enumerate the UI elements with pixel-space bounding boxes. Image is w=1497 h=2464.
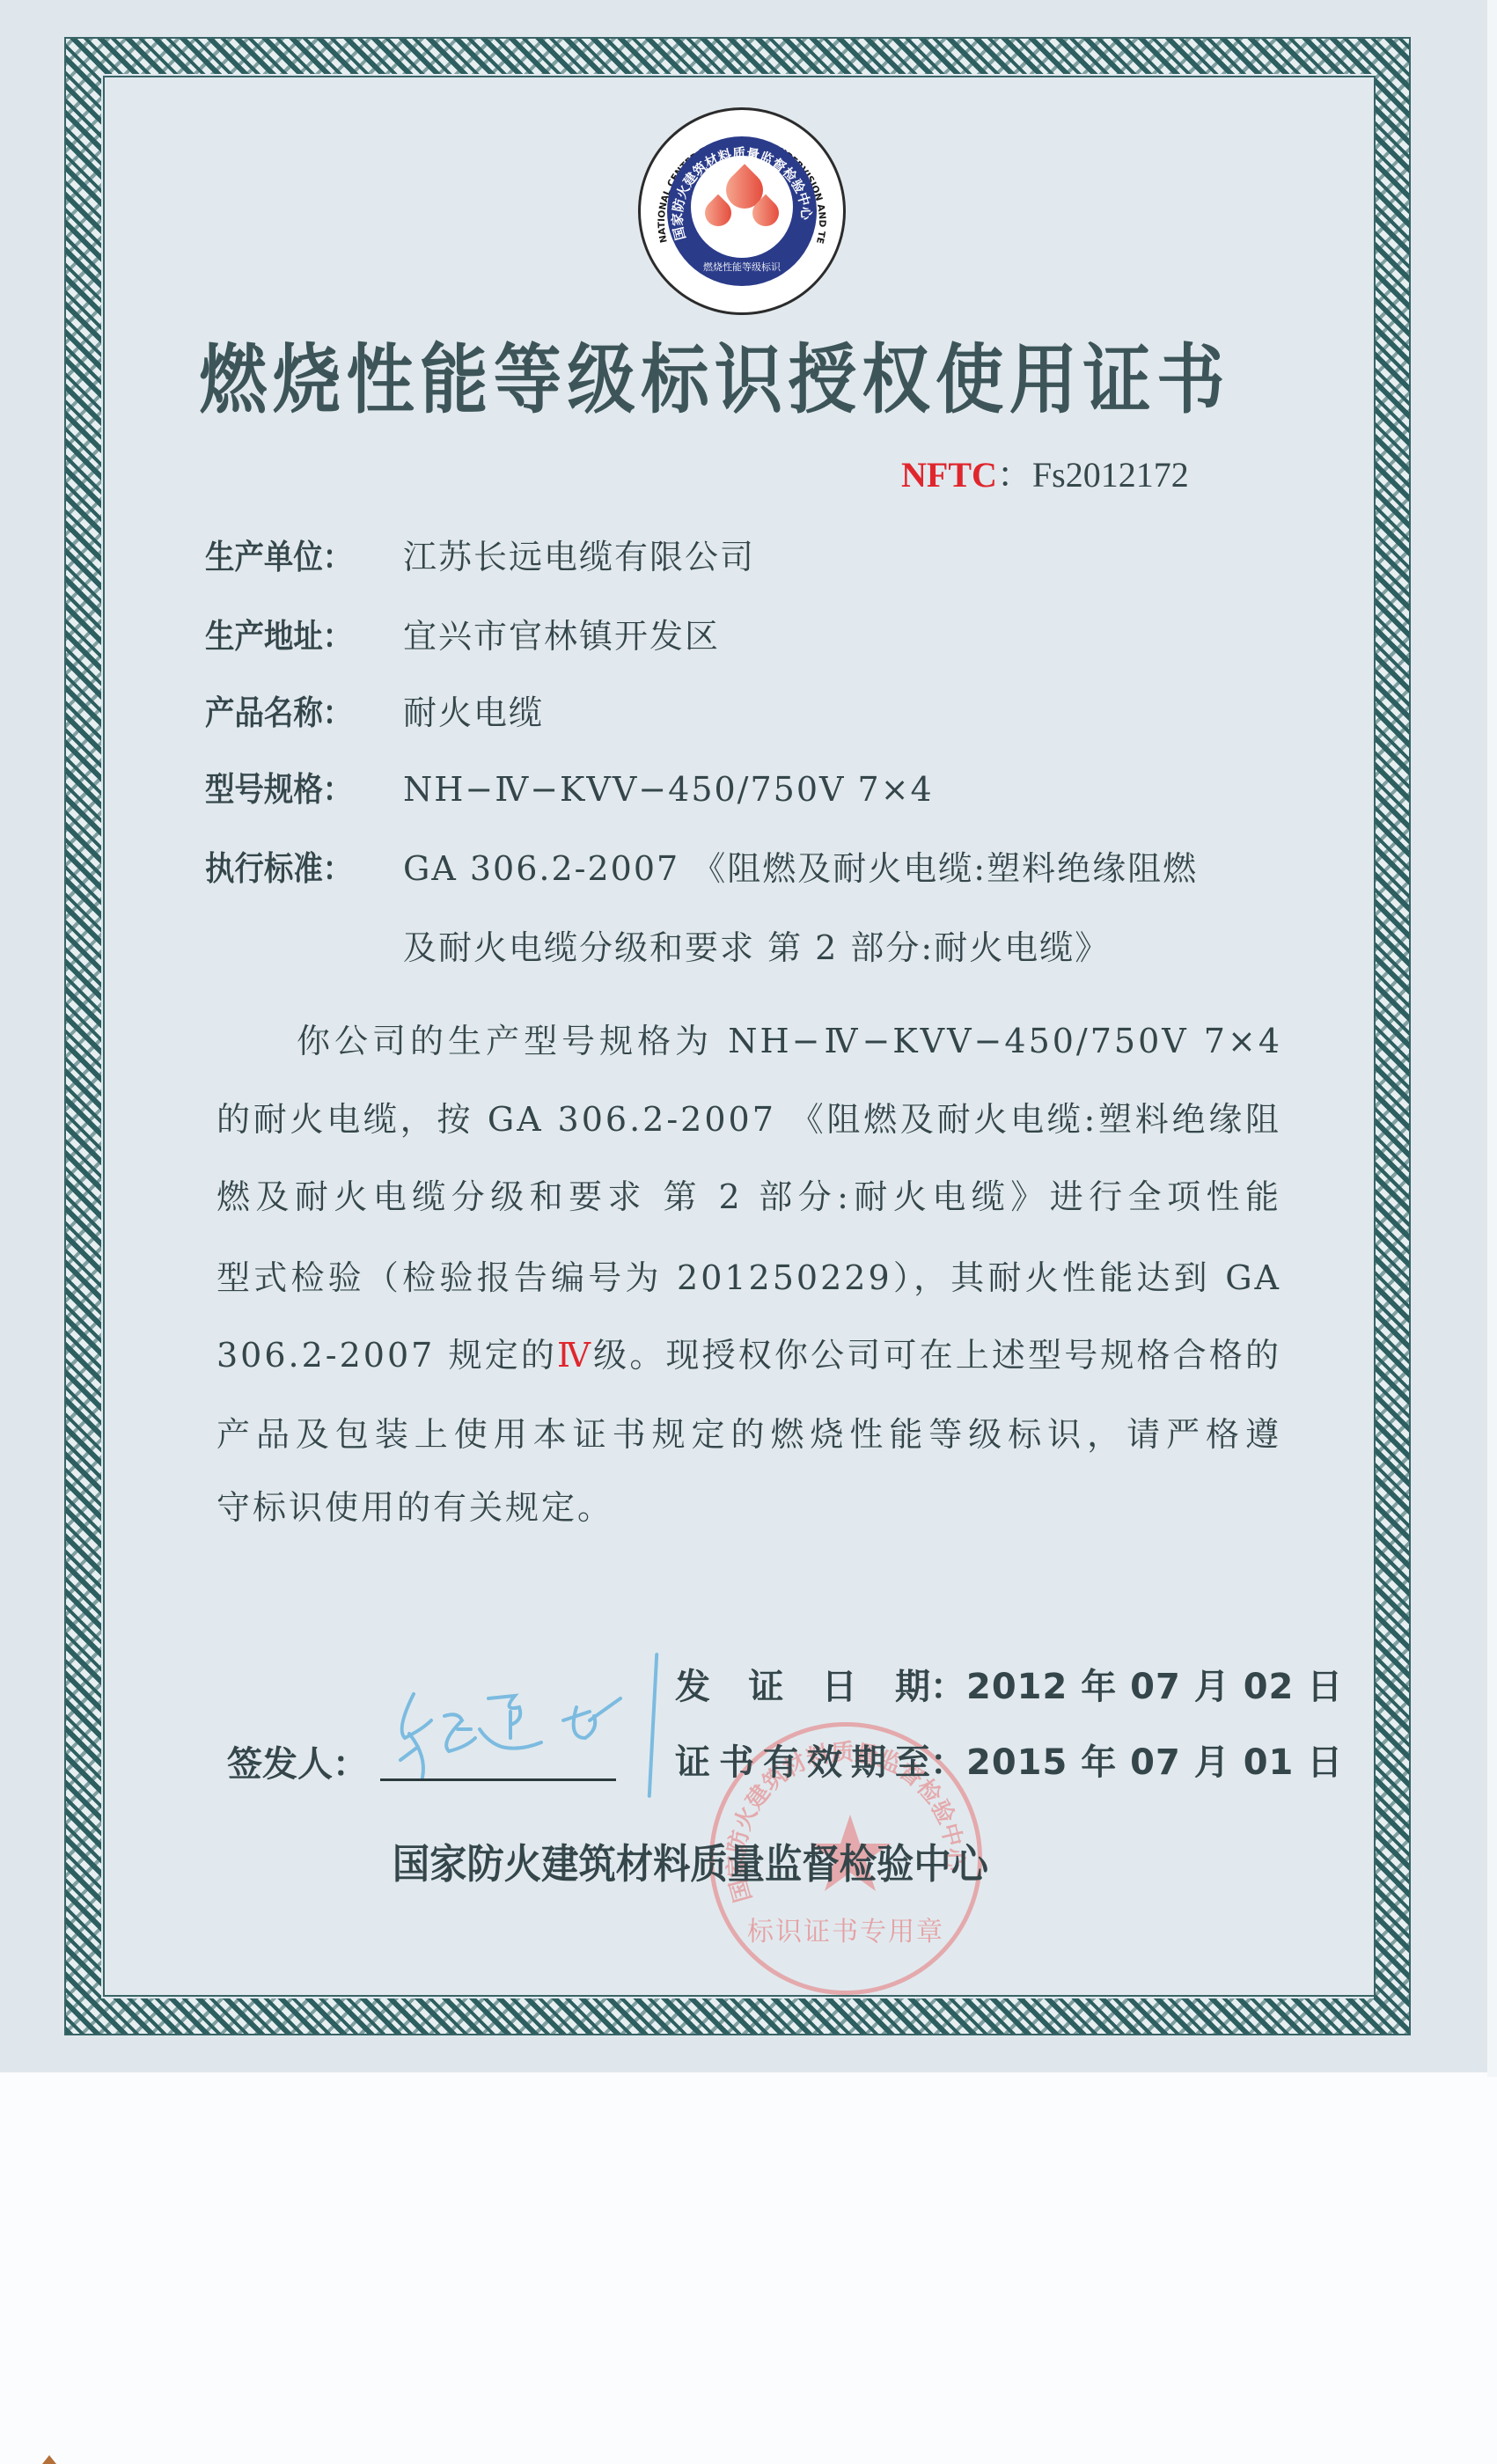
- body-line: 型式检验（检验报告编号为 201250229），其耐火性能达到 GA: [216, 1251, 1281, 1304]
- issue-date-value: ：2012 年 07 月 02 日: [930, 1667, 1343, 1707]
- issue-date-label: 发 证 日 期: [675, 1661, 930, 1713]
- logo-ring: 国家防火建筑材料质量监督检验中心 燃烧性能等级标识: [667, 136, 817, 286]
- valid-until-date: 证书有效期至：2015 年 07 月 01 日: [675, 1736, 1265, 1789]
- valid-until-value: ：2015 年 07 月 01 日: [930, 1742, 1343, 1783]
- grade-suffix: 级。现授权你公司可在上述型号规格合格的: [593, 1336, 1281, 1375]
- certification-logo: NATIONAL CENTER FOR QUALITY SUPERVISION …: [638, 107, 846, 315]
- field-address: 生产地址：宜兴市官林镇开发区: [205, 610, 720, 663]
- certificate-number: NFTC：Fs2012172: [901, 452, 1189, 498]
- field-value: GA 306.2-2007 《阻燃及耐火电缆:塑料绝缘阻燃: [403, 849, 1198, 888]
- valid-until-label: 证书有效期至: [675, 1736, 930, 1789]
- body-line: 的耐火电缆，按 GA 306.2-2007 《阻燃及耐火电缆:塑料绝缘阻: [216, 1093, 1281, 1146]
- certificate-number-prefix: NFTC: [901, 455, 997, 495]
- field-label: 产品名称：: [205, 686, 379, 739]
- body-line: 守标识使用的有关规定。: [216, 1481, 1281, 1534]
- field-standard: 执行标准：GA 306.2-2007 《阻燃及耐火电缆:塑料绝缘阻燃: [205, 842, 1198, 895]
- field-manufacturer: 生产单位：江苏长远电缆有限公司: [205, 531, 755, 583]
- logo-bottom-text: 燃烧性能等级标识: [667, 260, 817, 274]
- field-label: 生产地址：: [205, 610, 379, 663]
- field-product-name: 产品名称：耐火电缆: [205, 686, 544, 739]
- field-value: 江苏长远电缆有限公司: [403, 538, 755, 576]
- field-value: 宜兴市官林镇开发区: [403, 617, 720, 656]
- field-label: 型号规格：: [205, 763, 379, 816]
- body-line-grade: 306.2-2007 规定的Ⅳ级。现授权你公司可在上述型号规格合格的: [216, 1329, 1281, 1382]
- field-label: 执行标准：: [205, 842, 379, 895]
- certificate-title: 燃烧性能等级标识授权使用证书: [199, 336, 1181, 424]
- paper-edge: [1487, 0, 1497, 2077]
- field-value: 耐火电缆: [403, 693, 544, 732]
- field-value: NH−Ⅳ−KVV−450/750V 7×4: [403, 770, 934, 809]
- certificate-number-value: Fs2012172: [1032, 455, 1189, 495]
- handwritten-signature-icon: [387, 1676, 651, 1782]
- scan-mark: [42, 2455, 56, 2464]
- field-model-spec: 型号规格：NH−Ⅳ−KVV−450/750V 7×4: [205, 763, 934, 816]
- flame-icon: [691, 156, 793, 258]
- issue-date: 发 证 日 期：2012 年 07 月 02 日: [675, 1661, 1265, 1713]
- issuing-authority: 国家防火建筑材料质量监督检验中心: [391, 1837, 990, 1890]
- field-label: 生产单位：: [205, 531, 379, 583]
- field-standard-continuation: 及耐火电缆分级和要求 第 2 部分:耐火电缆》: [403, 921, 1110, 974]
- body-line: 燃及耐火电缆分级和要求 第 2 部分:耐火电缆》进行全项性能: [216, 1170, 1281, 1223]
- body-line: 你公司的生产型号规格为 NH−Ⅳ−KVV−450/750V 7×4: [297, 1015, 1282, 1067]
- grade-prefix: 306.2-2007 规定的: [216, 1336, 557, 1375]
- body-line: 产品及包装上使用本证书规定的燃烧性能等级标识，请严格遵: [216, 1408, 1281, 1461]
- signature-underline: [380, 1778, 616, 1781]
- certificate-number-separator: ：: [997, 455, 1032, 495]
- signer-label: 签发人：: [227, 1738, 368, 1791]
- fire-grade: Ⅳ: [557, 1336, 593, 1375]
